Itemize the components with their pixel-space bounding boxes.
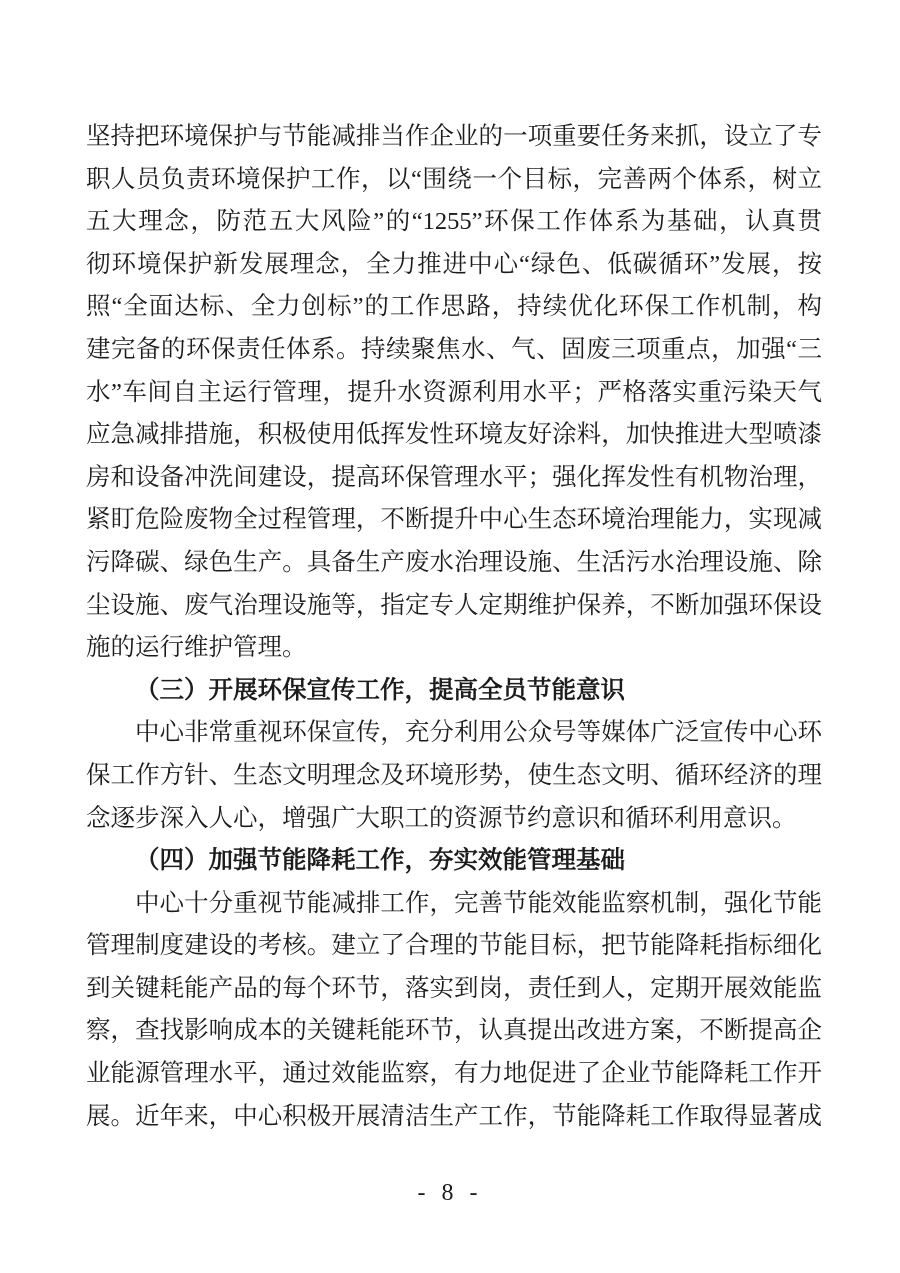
text-line: 到关键耗能产品的每个环节，落实到岗，责任到人，定期开展效能监 [86, 968, 822, 1011]
text-line: 五大理念，防范五大风险”的“1255”环保工作体系为基础，认真贯 [86, 201, 822, 244]
text-line: 中心非常重视环保宣传，充分利用公众号等媒体广泛宣传中心环 [86, 712, 822, 755]
text-line: 房和设备冲洗间建设，提高环保管理水平；强化挥发性有机物治理， [86, 457, 822, 500]
document-page: 坚持把环境保护与节能减排当作企业的一项重要任务来抓，设立了专职人员负责环境保护工… [0, 0, 900, 1273]
page-number-text: - 8 - [418, 1180, 483, 1206]
text-line: 中心十分重视节能减排工作，完善节能效能监察机制，强化节能 [86, 883, 822, 926]
text-line: 念逐步深入人心，增强广大职工的资源节约意识和循环利用意识。 [86, 798, 822, 841]
text-line: 保工作方针、生态文明理念及环境形势，使生态文明、循环经济的理 [86, 755, 822, 798]
text-line: 彻环境保护新发展理念，全力推进中心“绿色、低碳循环”发展，按 [86, 244, 822, 287]
text-line: 尘设施、废气治理设施等，指定专人定期维护保养，不断加强环保设 [86, 585, 822, 628]
text-line: 展。近年来，中心积极开展清洁生产工作，节能降耗工作取得显著成 [86, 1096, 822, 1139]
text-line: 管理制度建设的考核。建立了合理的节能目标，把节能降耗指标细化 [86, 925, 822, 968]
text-line: 察，查找影响成本的关键耗能环节，认真提出改进方案，不断提高企 [86, 1010, 822, 1053]
text-line: 施的运行维护管理。 [86, 627, 822, 670]
text-line: 坚持把环境保护与节能减排当作企业的一项重要任务来抓，设立了专 [86, 116, 822, 159]
text-line: 污降碳、绿色生产。具备生产废水治理设施、生活污水治理设施、除 [86, 542, 822, 585]
text-line: 照“全面达标、全力创标”的工作思路，持续优化环保工作机制，构 [86, 286, 822, 329]
document-body: 坚持把环境保护与节能减排当作企业的一项重要任务来抓，设立了专职人员负责环境保护工… [86, 116, 822, 1138]
text-line: 业能源管理水平，通过效能监察，有力地促进了企业节能降耗工作开 [86, 1053, 822, 1096]
text-line: 紧盯危险废物全过程管理，不断提升中心生态环境治理能力，实现减 [86, 499, 822, 542]
section-heading: （三）开展环保宣传工作，提高全员节能意识 [86, 670, 822, 713]
page-number: - 8 - [0, 1178, 900, 1208]
text-line: 应急减排措施，积极使用低挥发性环境友好涂料，加快推进大型喷漆 [86, 414, 822, 457]
section-heading: （四）加强节能降耗工作，夯实效能管理基础 [86, 840, 822, 883]
text-line: 建完备的环保责任体系。持续聚焦水、气、固废三项重点，加强“三 [86, 329, 822, 372]
text-line: 职人员负责环境保护工作，以“围绕一个目标，完善两个体系，树立 [86, 159, 822, 202]
text-line: 水”车间自主运行管理，提升水资源利用水平；严格落实重污染天气 [86, 372, 822, 415]
